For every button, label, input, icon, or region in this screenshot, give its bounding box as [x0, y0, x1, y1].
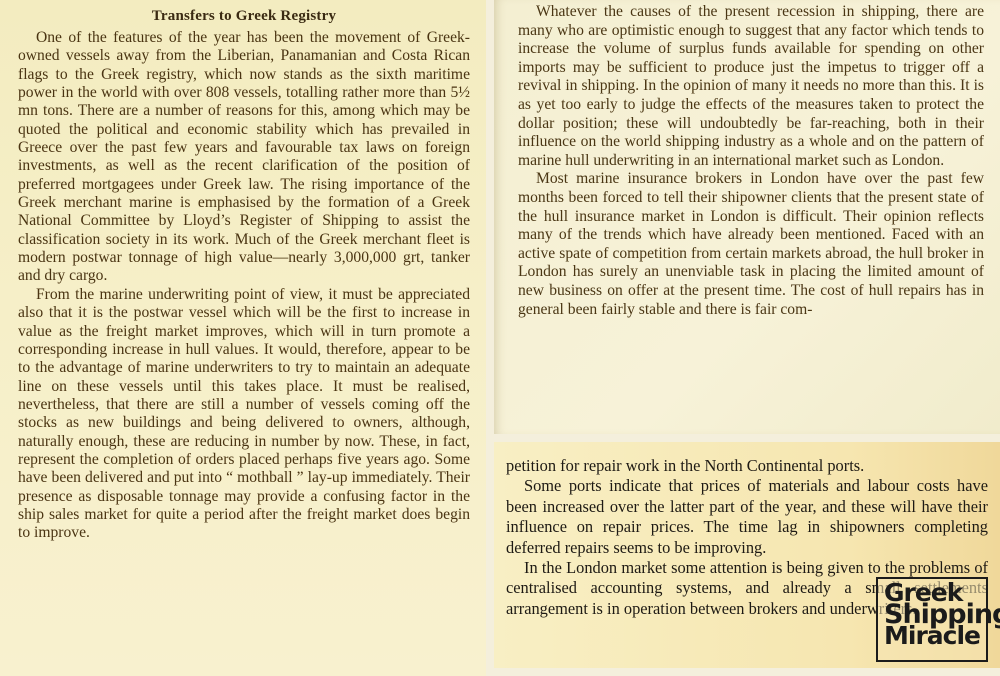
left-column-clipping: Transfers to Greek Registry One of the f…: [0, 0, 486, 676]
greek-shipping-miracle-logo: Greek Shipping Miracle: [876, 577, 988, 662]
logo-line: Miracle: [884, 626, 986, 647]
paragraph: From the marine underwriting point of vi…: [18, 286, 470, 543]
paragraph: Some ports indicate that prices of mater…: [506, 476, 988, 558]
section-heading: Transfers to Greek Registry: [18, 8, 470, 25]
left-column-text: One of the features of the year has been…: [18, 29, 470, 543]
paragraph: One of the features of the year has been…: [18, 29, 470, 286]
paragraph: Whatever the causes of the present reces…: [518, 3, 984, 170]
right-top-clipping: Whatever the causes of the present reces…: [494, 0, 1000, 434]
paragraph: petition for repair work in the North Co…: [506, 456, 988, 476]
paragraph: Most marine insurance brokers in London …: [518, 170, 984, 319]
right-top-text: Whatever the causes of the present reces…: [518, 3, 984, 319]
